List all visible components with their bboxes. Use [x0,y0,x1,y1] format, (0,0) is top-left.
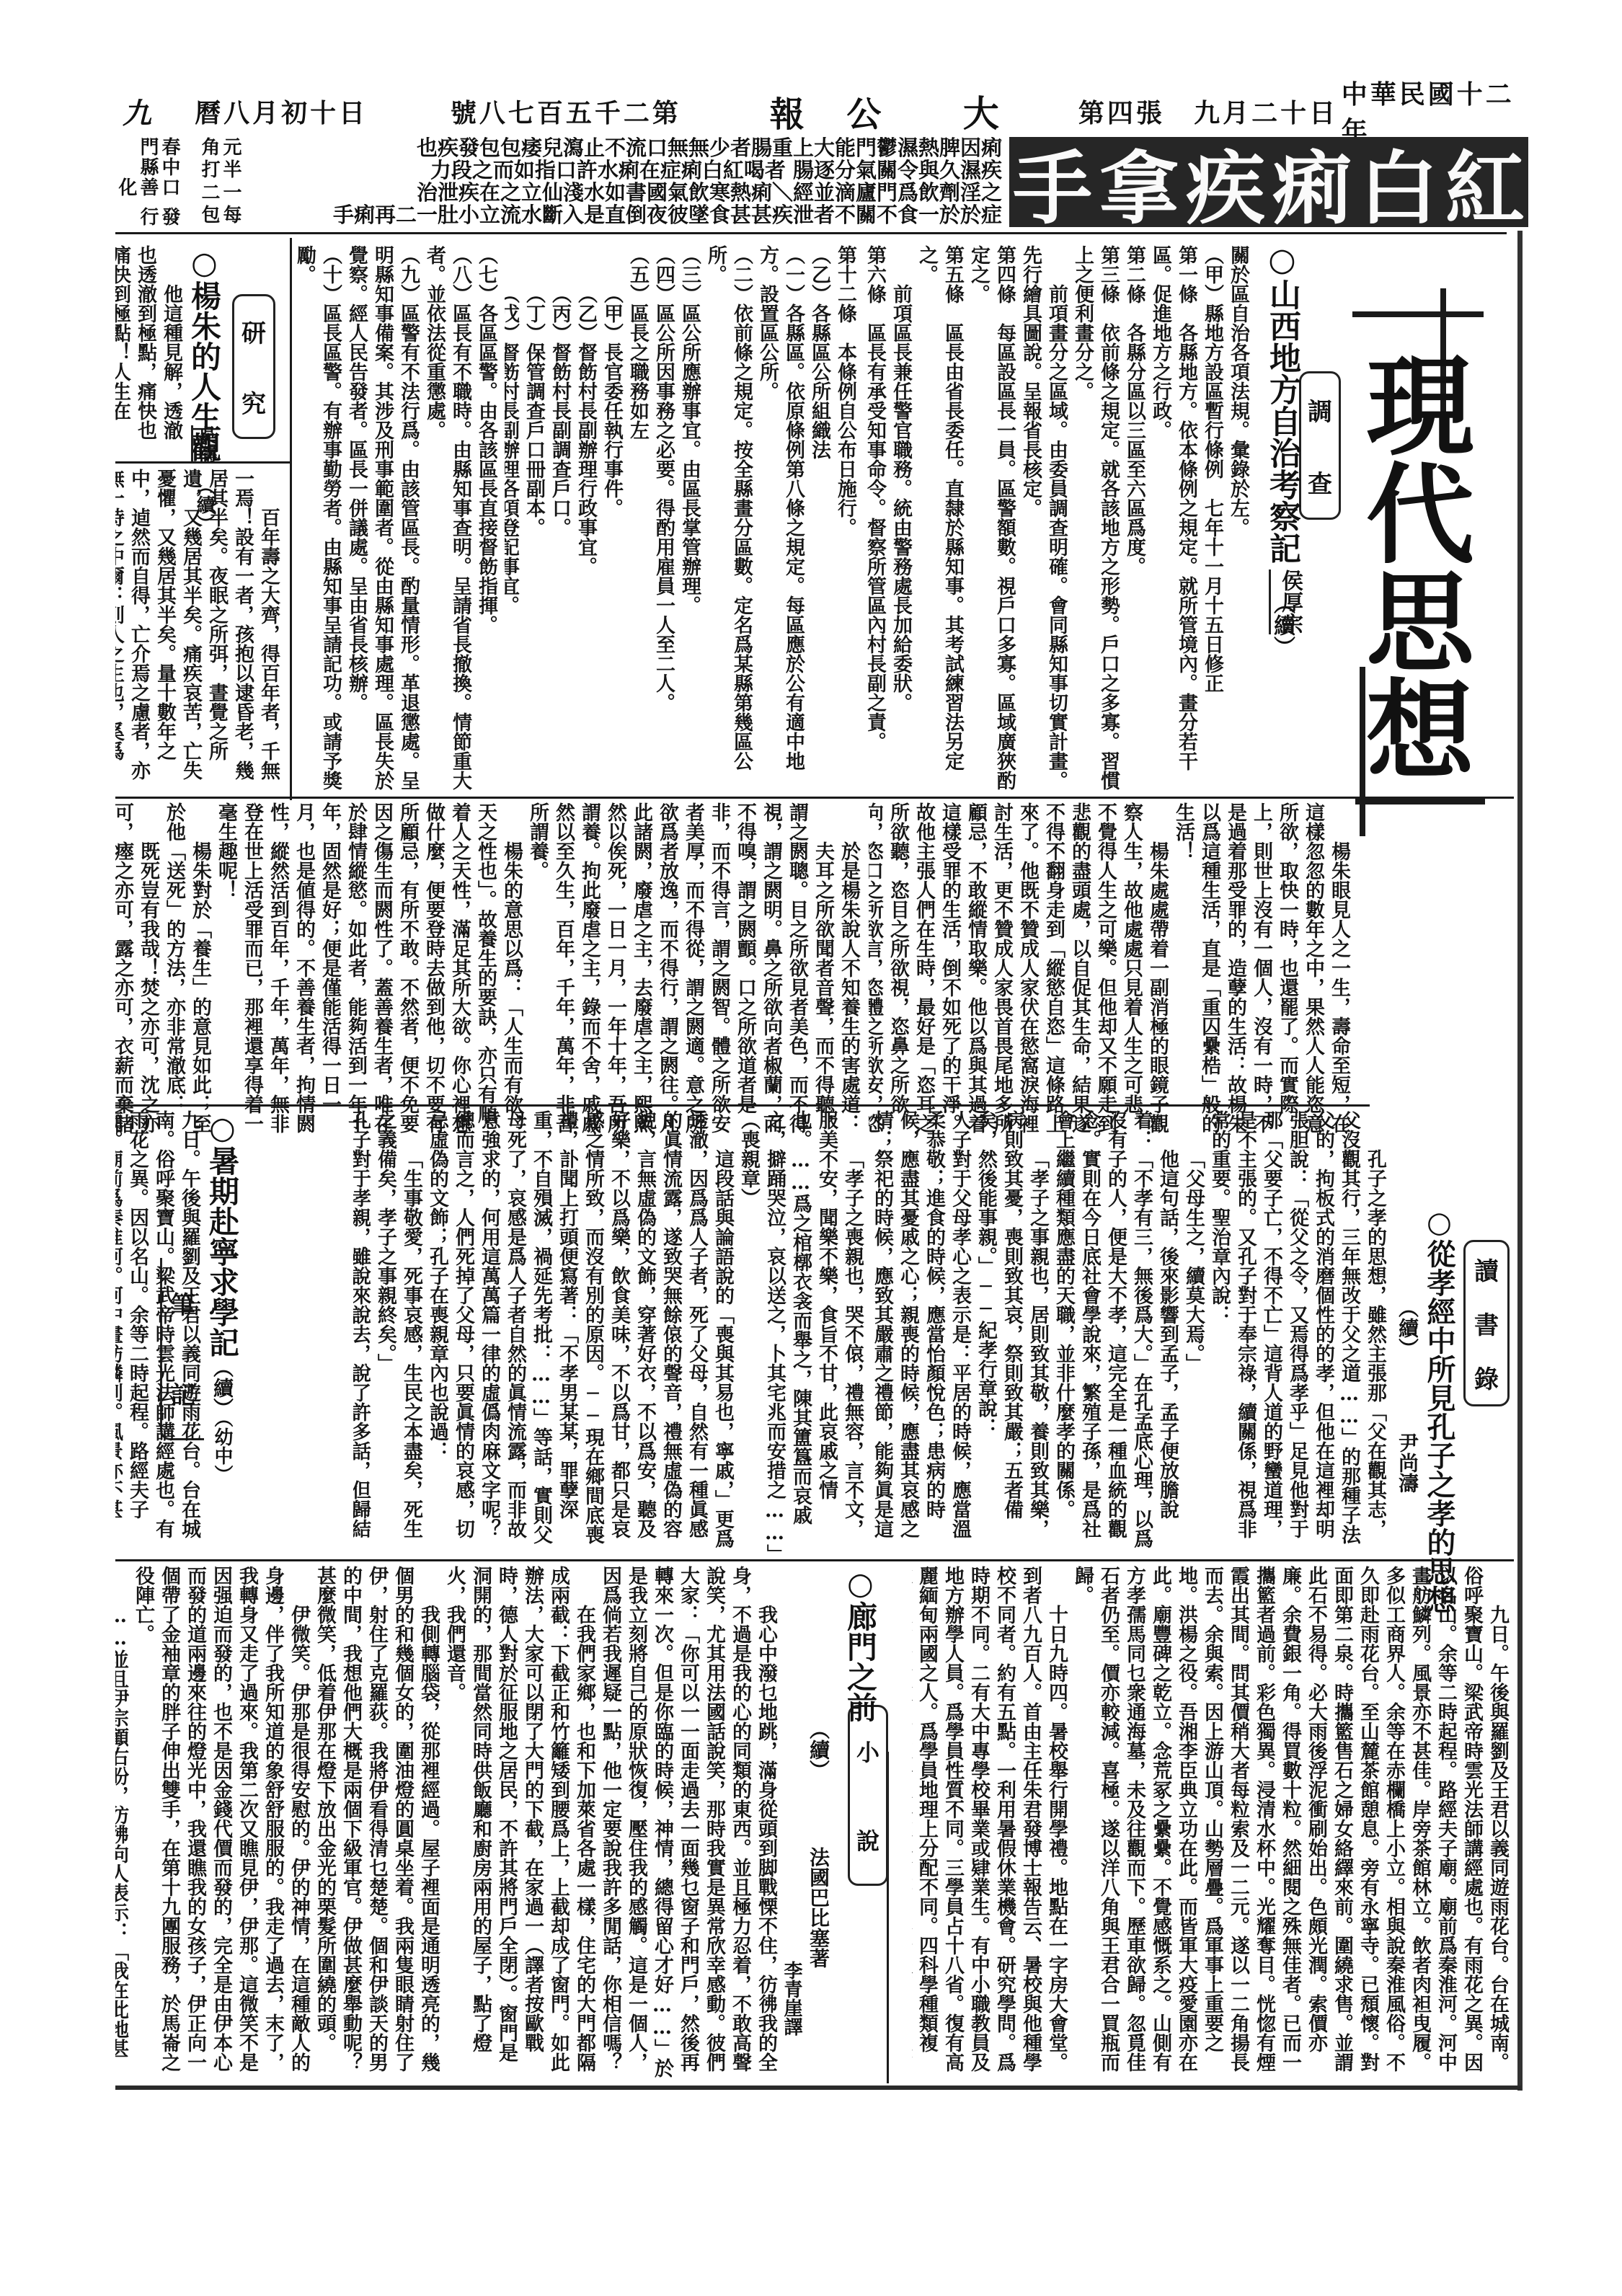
ad-body-line: 之淫劑飲爲門廬滴並經＼痢熱寒飲氣國書如水淺仙立之在疾泄治 [274,182,1002,204]
paragraph: 「生事敬愛，死事哀感，生民之本盡矣，死生之義備矣，孝子之事親終矣。」 [372,1110,424,1557]
ad-slogan-char: 紅 [1445,125,1525,239]
ad-slogan-char: 白 [1359,125,1438,239]
page-number: 九 [123,91,180,132]
article-body-yangzhu-part2: 楊朱眼見人之一生，壽命至短，在這樣忽忽的數年之中，果然人人能恣意所欲，取快一時，… [869,802,1352,1134]
row-divider [115,1559,1514,1561]
article-body-shuqi-part2: 九日。午後與羅劉及王君以義同遊雨花台。台在城南。俗呼聚寶山。梁武帝時雲光法師講經… [912,1566,1510,2078]
article-title-text: ○山西地方自治考察記 [1264,241,1300,564]
column-label-char: 究 [241,384,266,420]
paragraph: （十）區長區警。有辦事勤勞者。由縣知事呈請記功。或請予獎勵。 [297,245,343,800]
paragraph: 第四條 每區設區長一員。區警額數。視戶口多寡。區域廣狹酌定之。 [965,245,1017,800]
paragraph: 楊朱眼見人之一生，壽命至短，在這樣忽忽的數年之中，果然人人能恣意所欲，取快一時，… [1170,802,1352,1134]
paragraph: 孔子對于孝親，雖說來說去，說了許多話，但歸結只有「生事敬愛，死事哀感」八個字，爲… [353,1110,372,1557]
lunar-date: 曆八月初十日 [195,93,400,130]
paragraph: 楊朱的意思以爲：「人生而有欲，天之性也」。故養生的要訣，亦只有順着人之天性，滿足… [213,802,524,1134]
paragraph: （乙）督飭村長副辦理行政事宜。 [572,245,598,800]
article-body-yangzhu-part3: 於是楊朱說人不知養生的害處道： 夫耳之所欲聞者音聲，而不得聽，謂之閼聰。目之所欲… [115,802,861,1134]
column-label-char: 小 [856,1734,879,1768]
row-divider [115,797,1514,799]
article-body-xiaojing: 孔子之孝的思想，雖然主張那「父在觀其志，父沒觀其行，三年無改于父之道……」的那種… [869,1110,1388,1557]
ad-price-col: 一二 [198,182,241,205]
column-label-char: 查 [1308,464,1332,500]
article-body-yangzhu-intro: 他這種見解，透澈也透澈到極點，痛快也痛快到極點！人生在世，既不免皆有一死，那末，… [115,245,184,458]
paragraph: 人子對于父母孝心之表示是：平居的時候，應當溫柔恭敬；進食的時候，應當怡顏悅色；患… [869,1110,972,1557]
column-divider [290,238,292,800]
paragraph: （乙）各縣區公所組織法 [806,245,832,800]
paragraph: 「父母生之，續莫大焉。」 [1180,1110,1206,1557]
article-author-yangzhu: 吳濤 [191,425,220,463]
paragraph: 第三條 依前條之規定。就各該地方之形勢。戶口之多寡。習慣上之便利畫分之。 [1069,245,1121,800]
banner-frame-line [1352,311,1484,317]
paragraph: （戊）督飭村長副辦理各項登記事宜。 [505,245,520,800]
continued-marker: （續） [210,1357,234,1418]
column-label-char: 說 [856,1823,879,1856]
column-label-research: 研 究 [232,294,275,439]
banner-divider [115,232,1507,234]
paragraph: 九日。午後與羅劉及王君以義同遊雨花台。台在城南。俗呼聚寶山。梁武帝時雲光法師講經… [115,1110,202,1557]
paragraph: 伊微笑。伊那是很得安慰的。伊的神情，在這種敵人的身邊，伴了我所知道的象舒舒服服的… [130,1566,311,2078]
article-translator: 李青崖譯 [781,1961,802,2036]
right-border [1517,231,1523,2091]
paragraph: （四）區公所因事務之必要。得酌用雇員一人至二人。 [650,245,676,800]
article-subtitle-xiaojing: （續） 尹尚濤 [1393,1298,1422,1493]
article-body-xiaojing-part2: 「孝子之喪親也，哭不偯，禮無容，言不文，服美不安，聞樂不樂，食旨不甘，此哀戚之情… [353,1110,865,1557]
article-title-text: ○暑期赴寧求學記 [205,1110,240,1357]
paragraph: 百年壽之大齊，得百年者，千無一焉！設有一者，孩抱以逮昏老，幾居其半矣。夜眠之所弭… [115,469,281,793]
banner-ad: 發行 口善化 中縣 春門 每包 一二 半打 元角 痢因脾熱濕鬱門能大上重腸者少無… [115,137,1528,229]
column-label-survey: 調 查 [1299,371,1341,520]
ad-price-columns: 每包 一二 半打 元角 [198,137,241,227]
section-title-char: 代 [1366,461,1474,569]
article-body-shuqi-part1: 九日。午後與羅劉及王君以義同遊雨花台。台在城南。俗呼聚寶山。梁武帝時雲光法師講經… [115,1110,202,1557]
section-title-modern-thought: 現 代 思 想 [1362,353,1478,786]
paragraph: （七）各區區警。由各該區長直接督飭指揮。 [473,245,499,800]
article-author-langmen: 法國巴比塞著 [807,1847,830,1968]
western-date: 九月二十日 [1194,93,1342,130]
row-divider [115,461,292,464]
section-banner-modern-thought: 現 代 思 想 [1348,274,1492,836]
paragraph: 第一條 各縣地方。依本條例之規定。就所管境內。畫分若干區。促進地方之行政。 [1147,245,1199,800]
continued-marker: （續） [807,1719,830,1780]
masthead: 九 曆八月初十日 號八七百五千二第 報 公 大 第四張 九月二十日 中華民國十二… [115,92,1521,130]
ad-seller-columns: 發行 口善化 中縣 春門 [115,137,180,227]
paragraph: 前項畫分之區域。由委員調查明確。會同縣知事切實計畫。先行繪具圖說。呈報省長核定。 [1017,245,1069,800]
paragraph: 「孝子之喪親也，哭不偯，禮無容，言不文，服美不安，聞樂不樂，食旨不甘，此哀戚之情… [735,1110,865,1557]
paragraph: 第五條 區長由省長委任。直隸於縣知事。其考試練習法另定之。 [913,245,965,800]
paragraph: 我心中潑乜地跳，滿身從頭到脚戰慄不住，彷彿我的全身，不過是我的心的同類的東西。並… [597,1566,779,2078]
paragraph: （甲）長官委任執行事件。 [598,245,624,800]
ad-price-col: 每包 [198,205,241,227]
article-author-xiaojing: 尹尚濤 [1396,1432,1419,1493]
paragraph: 第六條 區長有承受知事命令。督察所管區內村長副之責。 [861,245,887,800]
article-body-yangzhu-quote: 百年壽之大齊，得百年者，千無一焉！設有一者，孩抱以逮昏老，幾居其半矣。夜眠之所弭… [115,469,281,793]
paragraph: 九日。午後與羅劉及王君以義同遊雨花台。台在城南。俗呼聚寶山。梁武帝時雲光法師講經… [1069,1566,1510,2078]
ad-slogan-char: 痢 [1272,125,1352,239]
article-title-xiaojing: ○從孝經中所見孔子之孝的思想 [1424,1205,1454,1614]
article-body-shanxi-part2: 第十二條 本條例自公布日施行。 （乙）各縣區公所組織法 （一）各縣區。依原條例第… [505,245,858,800]
article-body-shanxi-part3: （七）各區區警。由各該區長直接督飭指揮。 （八）區長有不職時。由縣知事查明。呈請… [297,245,499,800]
row-divider [115,1104,1370,1107]
article-byline-langmen: （續） 法國巴比塞著 [804,1719,833,1968]
bottom-border [115,2086,1521,2090]
paragraph: 於是楊朱說人不知養生的害處道： [836,802,861,1134]
article-title-shuqi: ○暑期赴寧求學記（續）（幼中） [205,1110,239,1484]
paragraph: 第十二條 本條例自公布日施行。 [832,245,858,800]
section-title-char: 現 [1366,353,1474,461]
issue-number: 號八七百五千二第 [451,93,727,130]
paragraph: 十日九時四。暑校舉行開學禮。地點在一字房大會堂。到者八九百人。首由主任朱君發博士… [912,1566,1069,2078]
ad-price-col: 元角 [198,137,241,159]
ad-slogan-char: 拿 [1099,125,1179,239]
column-label-fiction: 小 說 [848,1705,888,1886]
paragraph: 前項區長兼任警官職務。統由警務處長加給委狀。 [887,245,913,800]
paragraph: 「孝子之事親也，居則致其敬，養則致其樂，病則致其憂，喪則致其哀，祭則致其嚴；五者… [972,1110,1050,1557]
column-label-char: 調 [1308,392,1332,427]
ad-slogan-box: 紅 白 痢 疾 拿 手 [1009,137,1528,227]
paragraph: ……並且伊宗顧右盼，彷彿向人表示：「我在此地甚好。」 [115,1566,130,2078]
paragraph: 孔子之孝的思想，雖然主張那「父在觀其志，父沒觀其行，三年無改于父之道……」的那種… [1206,1110,1388,1557]
ad-seller-col: 口善化 [115,177,180,208]
column-label-char: 錄 [1474,1360,1499,1395]
paper-name-middle-char: 公 [846,87,955,136]
paragraph: （二）依前條之規定。按全縣畫分區數。定名爲某縣第幾區公所。 [702,245,754,800]
paragraph: 這段話與論語說的「喪與其易也，寧戚，」更爲透澈，因爲爲人子者，死了父母，自然有一… [424,1110,735,1557]
column-label-reading-notes: 讀 書 錄 [1463,1240,1510,1406]
paragraph: 夫耳之所欲聞者音聲，而不得聽，謂之閼聰。目之所欲見者美色，而不得視，謂之閼明。鼻… [524,802,836,1134]
paragraph: 楊朱對於「養生」的意見如此；至於他「送死」的方法，亦非常澈底： [161,802,213,1134]
paragraph: 在我們家鄉，也和下加萊省各處一樣，住宅的大門都隔成兩截：下截正和竹籬矮到腰爲上，… [441,1566,597,2078]
paragraph: （甲）縣地方設區暫行條例 七年十一月十五日修正 [1199,245,1225,800]
article-title-text: ○廊門之前 [843,1566,878,1722]
article-body-langmen: 我心中潑乜地跳，滿身從頭到脚戰慄不住，彷彿我的全身，不過是我的心的同類的東西。並… [115,1566,779,2078]
ad-body: 痢因脾熱濕鬱門能大上重腸者少無無口流不止瀉兒痿包包發疾也 疾濕久與令關氣分逐腸 … [274,137,1002,227]
paragraph: 他這句話，後來影響到孟子，孟子便放膽說着：「不孝有三，無後爲大。」在孔孟底心理，… [1050,1110,1180,1557]
article-author-shuqi: （幼中） [211,1418,233,1484]
article-title-langmen: ○廊門之前 [843,1566,877,1722]
article-translator-langmen: 李青崖譯 [779,1961,805,2036]
paragraph: （三）區公所應辦事宜。由區長掌管辦理。 [676,245,702,800]
paragraph: 我側轉腦袋，從那裡經過。屋子裡面是通明透亮的，幾個男的和幾個女的，圍油燈的圓桌坐… [311,1566,441,2078]
section-title-char: 想 [1366,678,1474,786]
paragraph: （一）各縣區。依原條例第八條之規定。每區應於公有適中地方。設置區公所。 [754,245,806,800]
ad-body-line: 痢因脾熱濕鬱門能大上重腸者少無無口流不止瀉兒痿包包發疾也 [274,137,1002,159]
ad-seller-col: 春門 [115,137,180,157]
ad-seller-col: 發行 [115,207,180,227]
column-label-char: 研 [241,314,266,349]
paragraph: （五）區長之職務如左 [624,245,650,800]
banner-frame-line [1355,799,1485,805]
paragraph: （八）區長有不職時。由縣知事查明。呈請省長撤換。情節重大者。並依法從重懲處。 [421,245,473,800]
article-intro: 關於區自治各項法規。彙錄於左。 [1225,245,1251,800]
paragraph: 他這種見解，透澈也透澈到極點，痛快也痛快到極點！人生在世，既不免皆有一死，那末，… [115,245,184,458]
paper-name-left: 報 [770,87,847,136]
continued-marker: （續） [1396,1298,1419,1358]
paragraph: （丙）督飭村長副調查戶口。 [546,245,572,800]
ad-slogan-char: 手 [1013,125,1092,239]
ad-body-line: 疾濕久與令關氣分逐腸 者喝紅白痢症在痢水許口指如而之段力 [274,159,1002,182]
section-title-char: 思 [1366,569,1474,678]
ad-body-line: 症於於一食不關不者泄疾甚甚食墜彼夜倒直是入斷水流立小肚一二再痢手 [274,204,1002,226]
article-author-shanxi: 侯厚宗 [1269,569,1306,634]
paragraph: （九）區警有不法行爲。由該管區長。酌量情形。革退懲處。呈明縣知事備案。其涉及刑事… [343,245,421,800]
article-body-shanxi-part1: 關於區自治各項法規。彙錄於左。 （甲）縣地方設區暫行條例 七年十一月十五日修正 … [861,245,1251,800]
paragraph: 第二條 各縣分區以三區至六區爲度。 [1121,245,1147,800]
paragraph: （丁）保管調查戶口冊副本。 [520,245,546,800]
ad-price-col: 半打 [198,159,241,182]
column-label-char: 讀 [1474,1251,1499,1287]
column-label-char: 書 [1474,1306,1499,1341]
section-number: 第四張 [1078,93,1194,130]
ad-slogan-char: 疾 [1186,125,1265,239]
paragraph: 楊朱處處帶着一副消極的眼鏡子觀察人生，故他處處只見着人生之可悲，不覺得人生之可樂… [869,802,1170,1134]
paragraph: 既死豈有我哉！焚之亦可，沈之亦可，瘞之亦可，露之亦可，衣薪而棄諸溝壑亦可，袞衣繡… [115,802,161,1134]
article-title-text: ○從孝經中所見孔子之孝的思想 [1422,1205,1456,1614]
ad-seller-col: 中縣 [115,157,180,177]
